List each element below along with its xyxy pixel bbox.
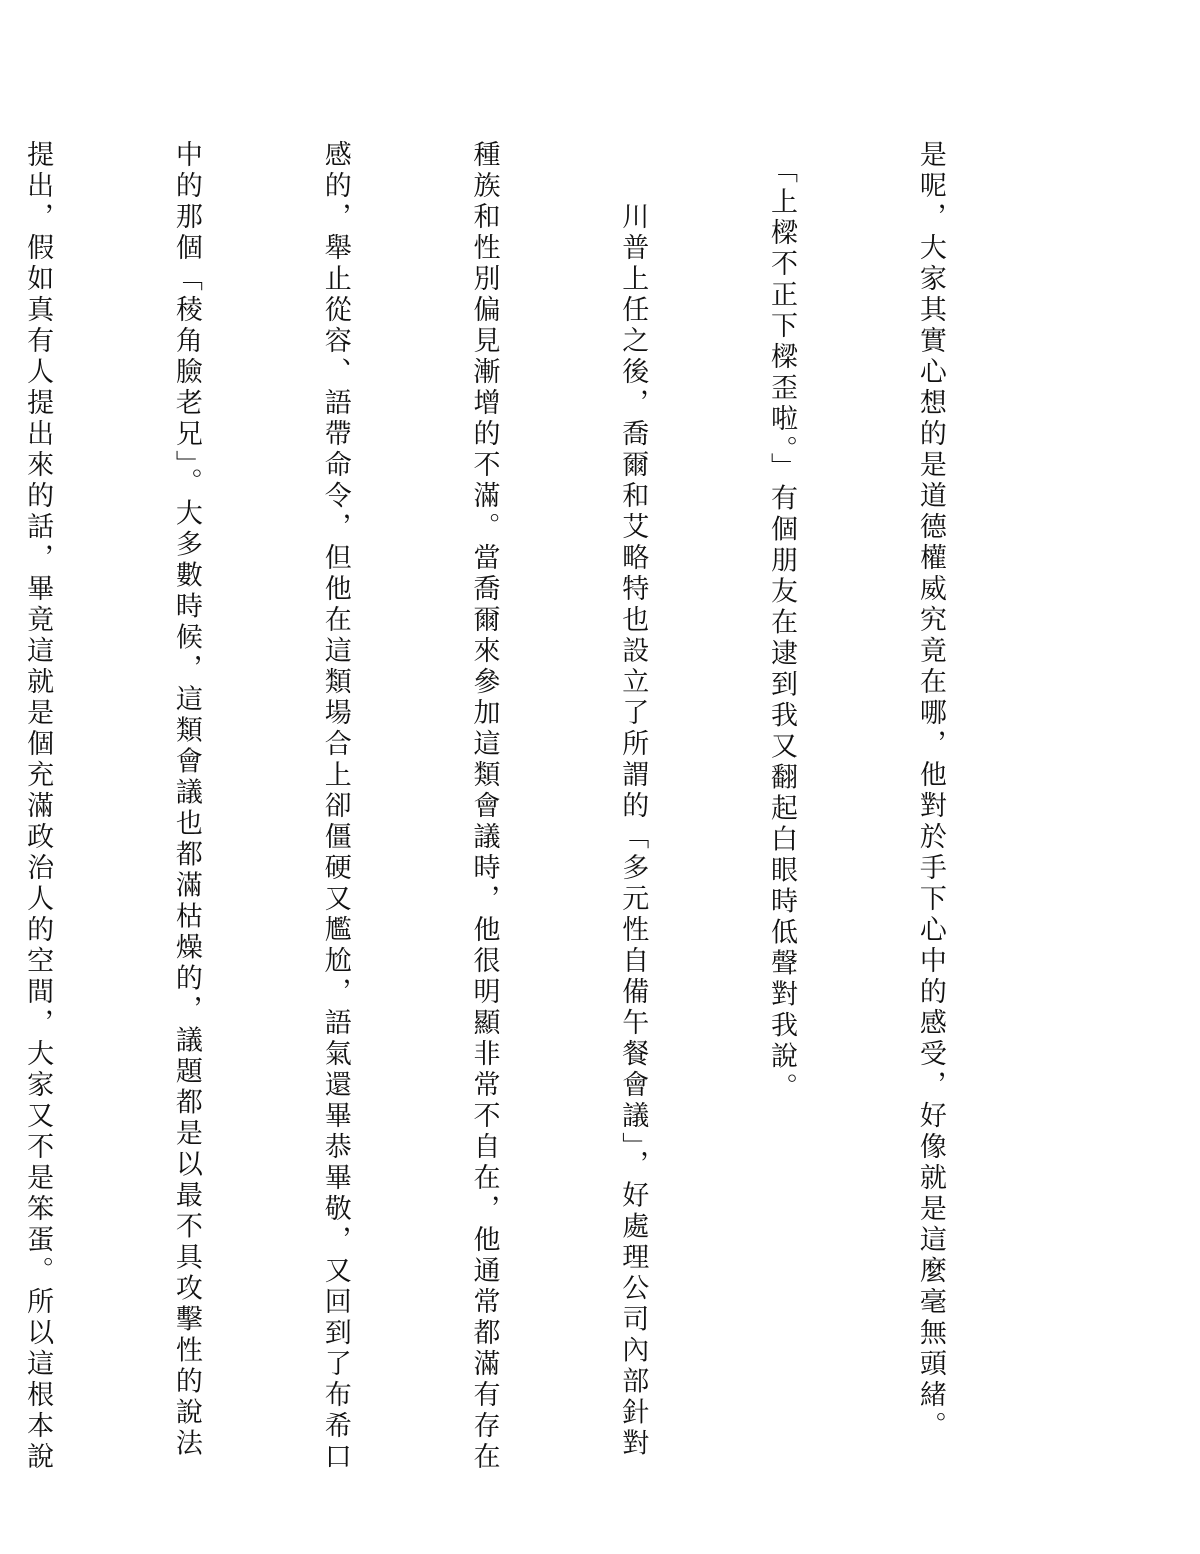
vertical-text-body: 是呢，大家其實心想的是道德權威究竟在哪，他對於手下心中的感受，好像就是這麼毫無頭… — [0, 140, 1054, 1430]
text-column-1-continuation: 是呢，大家其實心想的是道德權威究竟在哪，他對於手下心中的感受，好像就是這麼毫無頭… — [905, 140, 955, 1430]
text-column-2-paragraph-start: 「上樑不正下樑歪啦。」有個朋友在逮到我又翻起白眼時低聲對我說。 — [756, 140, 806, 1430]
text-column-7: 提出，假如真有人提出來的話，畢竟這就是個充滿政治人的空間，大家又不是笨蛋。所以這… — [13, 140, 63, 1430]
text-column-5: 感的，舉止從容、語帶命令，但他在這類場合上卻僵硬又尷尬，語氣還畢恭畢敬，又回到了… — [310, 140, 360, 1430]
book-page: 是呢，大家其實心想的是道德權威究竟在哪，他對於手下心中的感受，好像就是這麼毫無頭… — [0, 0, 1200, 1554]
text-column-4: 種族和性別偏見漸增的不滿。當喬爾來參加這類會議時，他很明顯非常不自在，他通常都滿… — [459, 140, 509, 1430]
text-column-3-paragraph-start: 川普上任之後，喬爾和艾略特也設立了所謂的「多元性自備午餐會議」，好處理公司內部針… — [608, 140, 658, 1430]
text-column-6: 中的那個「稜角臉老兄」。大多數時候，這類會議也都滿枯燥的，議題都是以最不具攻擊性… — [161, 140, 211, 1430]
